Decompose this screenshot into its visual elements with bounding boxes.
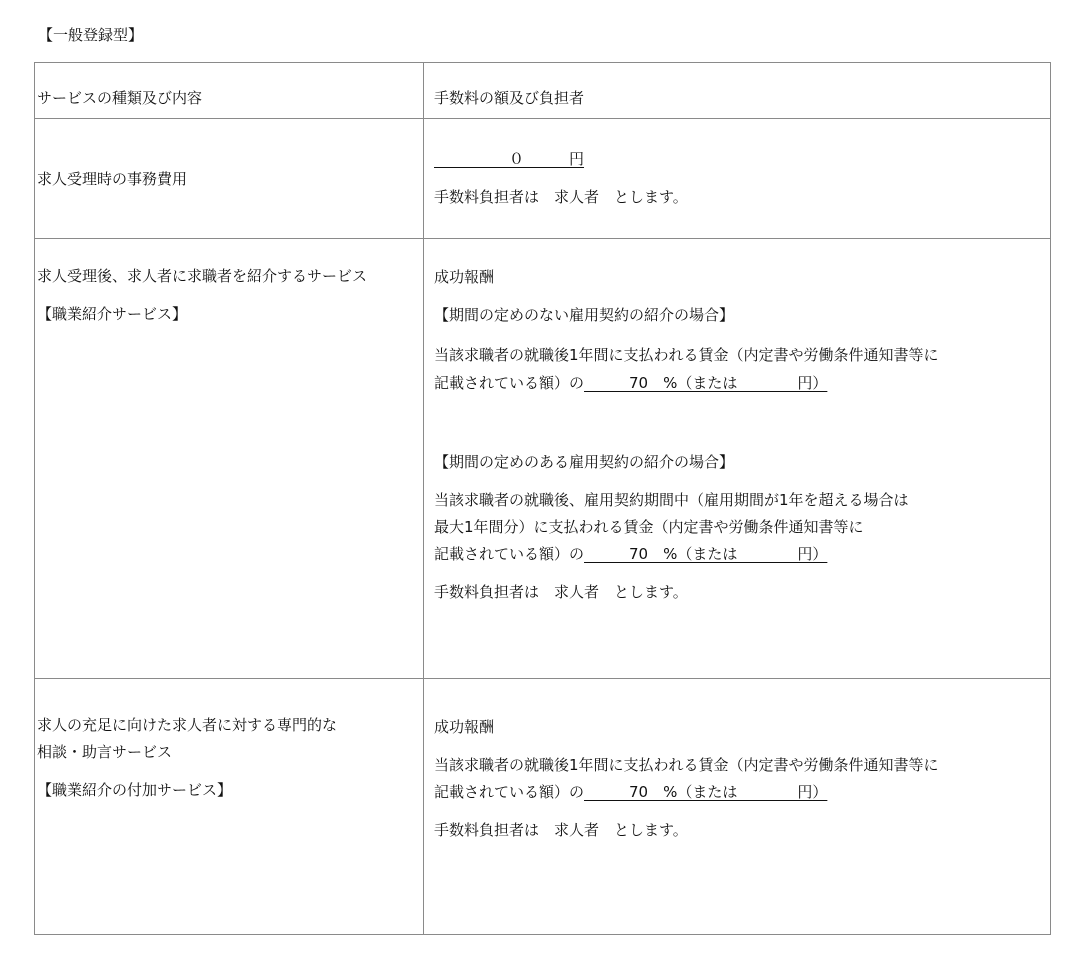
- service-category: 【職業紹介の付加サービス】: [37, 780, 232, 800]
- service-name: 求人受理時の事務費用: [37, 169, 187, 189]
- fee-cell: 成功報酬 【期間の定めのない雇用契約の紹介の場合】 当該求職者の就職後1年間に支…: [424, 239, 1051, 679]
- section-title-indefinite: 【期間の定めのない雇用契約の紹介の場合】: [434, 305, 734, 325]
- service-name: 求人の充足に向けた求人者に対する専門的な: [37, 715, 337, 735]
- fee-type-label: 成功報酬: [434, 717, 494, 737]
- fee-type-label: 成功報酬: [434, 267, 494, 287]
- table-row: 求人の充足に向けた求人者に対する専門的な 相談・助言サービス 【職業紹介の付加サ…: [35, 679, 1051, 935]
- header-cell-service: サービスの種類及び内容: [35, 63, 424, 119]
- fee-rate-prefix: 記載されている額）の: [434, 783, 584, 801]
- service-name-cont: 相談・助言サービス: [37, 742, 172, 762]
- section-title-fixed-term: 【期間の定めのある雇用契約の紹介の場合】: [434, 452, 734, 472]
- fee-rate-line: 記載されている額）の 70 %（または 円）: [434, 544, 827, 564]
- service-category: 【職業紹介サービス】: [37, 304, 187, 324]
- fee-amount: ０ 円: [434, 149, 584, 169]
- table-header-row: サービスの種類及び内容 手数料の額及び負担者: [35, 63, 1051, 119]
- service-name: 求人受理後、求人者に求職者を紹介するサービス: [37, 266, 367, 286]
- header-cell-fee: 手数料の額及び負担者: [424, 63, 1051, 119]
- fee-rate-line: 記載されている額）の 70 %（または 円）: [434, 782, 827, 802]
- fee-payer: 手数料負担者は 求人者 とします。: [434, 582, 688, 602]
- table-row: 求人受理後、求人者に求職者を紹介するサービス 【職業紹介サービス】 成功報酬 【…: [35, 239, 1051, 679]
- service-cell: 求人受理時の事務費用: [35, 119, 424, 239]
- fee-description: 当該求職者の就職後、雇用契約期間中（雇用期間が1年を超える場合は: [434, 490, 909, 510]
- fee-payer: 手数料負担者は 求人者 とします。: [434, 187, 688, 207]
- document-title: 【一般登録型】: [38, 24, 143, 45]
- service-cell: 求人受理後、求人者に求職者を紹介するサービス 【職業紹介サービス】: [35, 239, 424, 679]
- fee-rate-prefix: 記載されている額）の: [434, 374, 584, 392]
- fee-description: 当該求職者の就職後1年間に支払われる賃金（内定書や労働条件通知書等に: [434, 345, 939, 365]
- service-cell: 求人の充足に向けた求人者に対する専門的な 相談・助言サービス 【職業紹介の付加サ…: [35, 679, 424, 935]
- fee-description: 当該求職者の就職後1年間に支払われる賃金（内定書や労働条件通知書等に: [434, 755, 939, 775]
- fee-rate-value: 70 %（または 円）: [584, 374, 827, 392]
- fee-cell: ０ 円 手数料負担者は 求人者 とします。: [424, 119, 1051, 239]
- fee-table: サービスの種類及び内容 手数料の額及び負担者 求人受理時の事務費用 ０ 円 手数…: [34, 62, 1051, 935]
- table-row: 求人受理時の事務費用 ０ 円 手数料負担者は 求人者 とします。: [35, 119, 1051, 239]
- header-service-label: サービスの種類及び内容: [37, 88, 202, 108]
- fee-description: 最大1年間分）に支払われる賃金（内定書や労働条件通知書等に: [434, 517, 864, 537]
- fee-rate-prefix: 記載されている額）の: [434, 545, 584, 563]
- fee-cell: 成功報酬 当該求職者の就職後1年間に支払われる賃金（内定書や労働条件通知書等に …: [424, 679, 1051, 935]
- header-fee-label: 手数料の額及び負担者: [434, 88, 584, 108]
- fee-rate-line: 記載されている額）の 70 %（または 円）: [434, 373, 827, 393]
- fee-payer: 手数料負担者は 求人者 とします。: [434, 820, 688, 840]
- fee-rate-value: 70 %（または 円）: [584, 783, 827, 801]
- fee-rate-value: 70 %（または 円）: [584, 545, 827, 563]
